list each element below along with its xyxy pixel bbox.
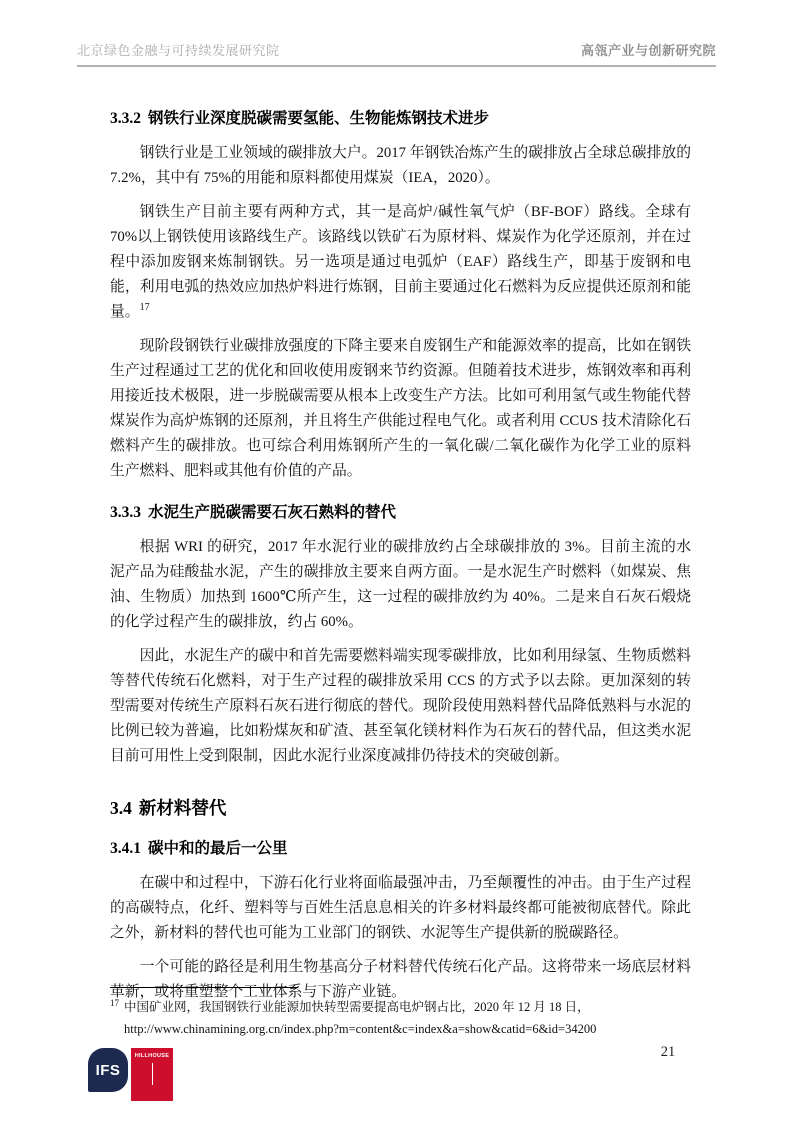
heading-number: 3.3.2: [110, 110, 141, 127]
footer-logos: IFS HILLHOUSE: [88, 1048, 173, 1101]
footnote: 17中国矿业网，我国钢铁行业能源加快转型需要提高电炉钢占比，2020 年 12 …: [110, 992, 691, 1040]
document-body: 3.3.2钢铁行业深度脱碳需要氢能、生物能炼钢技术进步 钢铁行业是工业领域的碳排…: [110, 90, 691, 1014]
heading-3-3-3: 3.3.3水泥生产脱碳需要石灰石熟料的替代: [110, 500, 691, 522]
heading-title: 钢铁行业深度脱碳需要氢能、生物能炼钢技术进步: [148, 110, 489, 127]
heading-title: 碳中和的最后一公里: [148, 840, 288, 857]
paragraph: 钢铁生产目前主要有两种方式，其一是高炉/碱性氧气炉（BF-BOF）路线。全球有 …: [110, 200, 691, 325]
footnote-text: 中国矿业网，我国钢铁行业能源加快转型需要提高电炉钢占比，2020 年 12 月 …: [124, 1000, 590, 1014]
page-header: 北京绿色金融与可持续发展研究院 高瓴产业与创新研究院: [77, 40, 716, 59]
heading-number: 3.3.3: [110, 504, 141, 521]
footnote-divider: [110, 987, 298, 988]
hillhouse-logo-bar: [152, 1063, 153, 1085]
document-page: 北京绿色金融与可持续发展研究院 高瓴产业与创新研究院 3.3.2钢铁行业深度脱碳…: [0, 0, 793, 1122]
heading-number: 3.4: [110, 798, 132, 818]
paragraph: 根据 WRI 的研究，2017 年水泥行业的碳排放约占全球碳排放的 3%。目前主…: [110, 535, 691, 635]
footnote-url: http://www.chinamining.org.cn/index.php?…: [110, 1018, 691, 1040]
paragraph: 因此，水泥生产的碳中和首先需要燃料端实现零碳排放，比如利用绿氢、生物质燃料等替代…: [110, 644, 691, 769]
hillhouse-logo-text: HILLHOUSE: [135, 1053, 169, 1059]
heading-3-4-1: 3.4.1碳中和的最后一公里: [110, 836, 691, 858]
heading-title: 水泥生产脱碳需要石灰石熟料的替代: [148, 504, 396, 521]
heading-3-3-2: 3.3.2钢铁行业深度脱碳需要氢能、生物能炼钢技术进步: [110, 106, 691, 128]
heading-title: 新材料替代: [139, 798, 227, 818]
footnote-line: 17中国矿业网，我国钢铁行业能源加快转型需要提高电炉钢占比，2020 年 12 …: [110, 992, 691, 1018]
page-number: 21: [648, 1044, 688, 1061]
header-right-org: 高瓴产业与创新研究院: [581, 40, 716, 59]
paragraph-text: 钢铁生产目前主要有两种方式，其一是高炉/碱性氧气炉（BF-BOF）路线。全球有 …: [110, 204, 691, 320]
ifs-logo-text: IFS: [96, 1062, 121, 1079]
ifs-logo: IFS: [88, 1048, 128, 1092]
footnote-reference: 17: [140, 302, 150, 313]
paragraph: 在碳中和过程中，下游石化行业将面临最强冲击，乃至颠覆性的冲击。由于生产过程的高碳…: [110, 871, 691, 946]
heading-number: 3.4.1: [110, 840, 141, 857]
paragraph: 现阶段钢铁行业碳排放强度的下降主要来自废钢生产和能源效率的提高，比如在钢铁生产过…: [110, 334, 691, 484]
header-left-org: 北京绿色金融与可持续发展研究院: [77, 40, 280, 59]
footnote-marker: 17: [110, 998, 119, 1008]
heading-3-4: 3.4新材料替代: [110, 795, 691, 820]
header-divider: [77, 65, 716, 67]
hillhouse-logo: HILLHOUSE: [131, 1048, 173, 1101]
paragraph: 钢铁行业是工业领域的碳排放大户。2017 年钢铁冶炼产生的碳排放占全球总碳排放的…: [110, 141, 691, 191]
